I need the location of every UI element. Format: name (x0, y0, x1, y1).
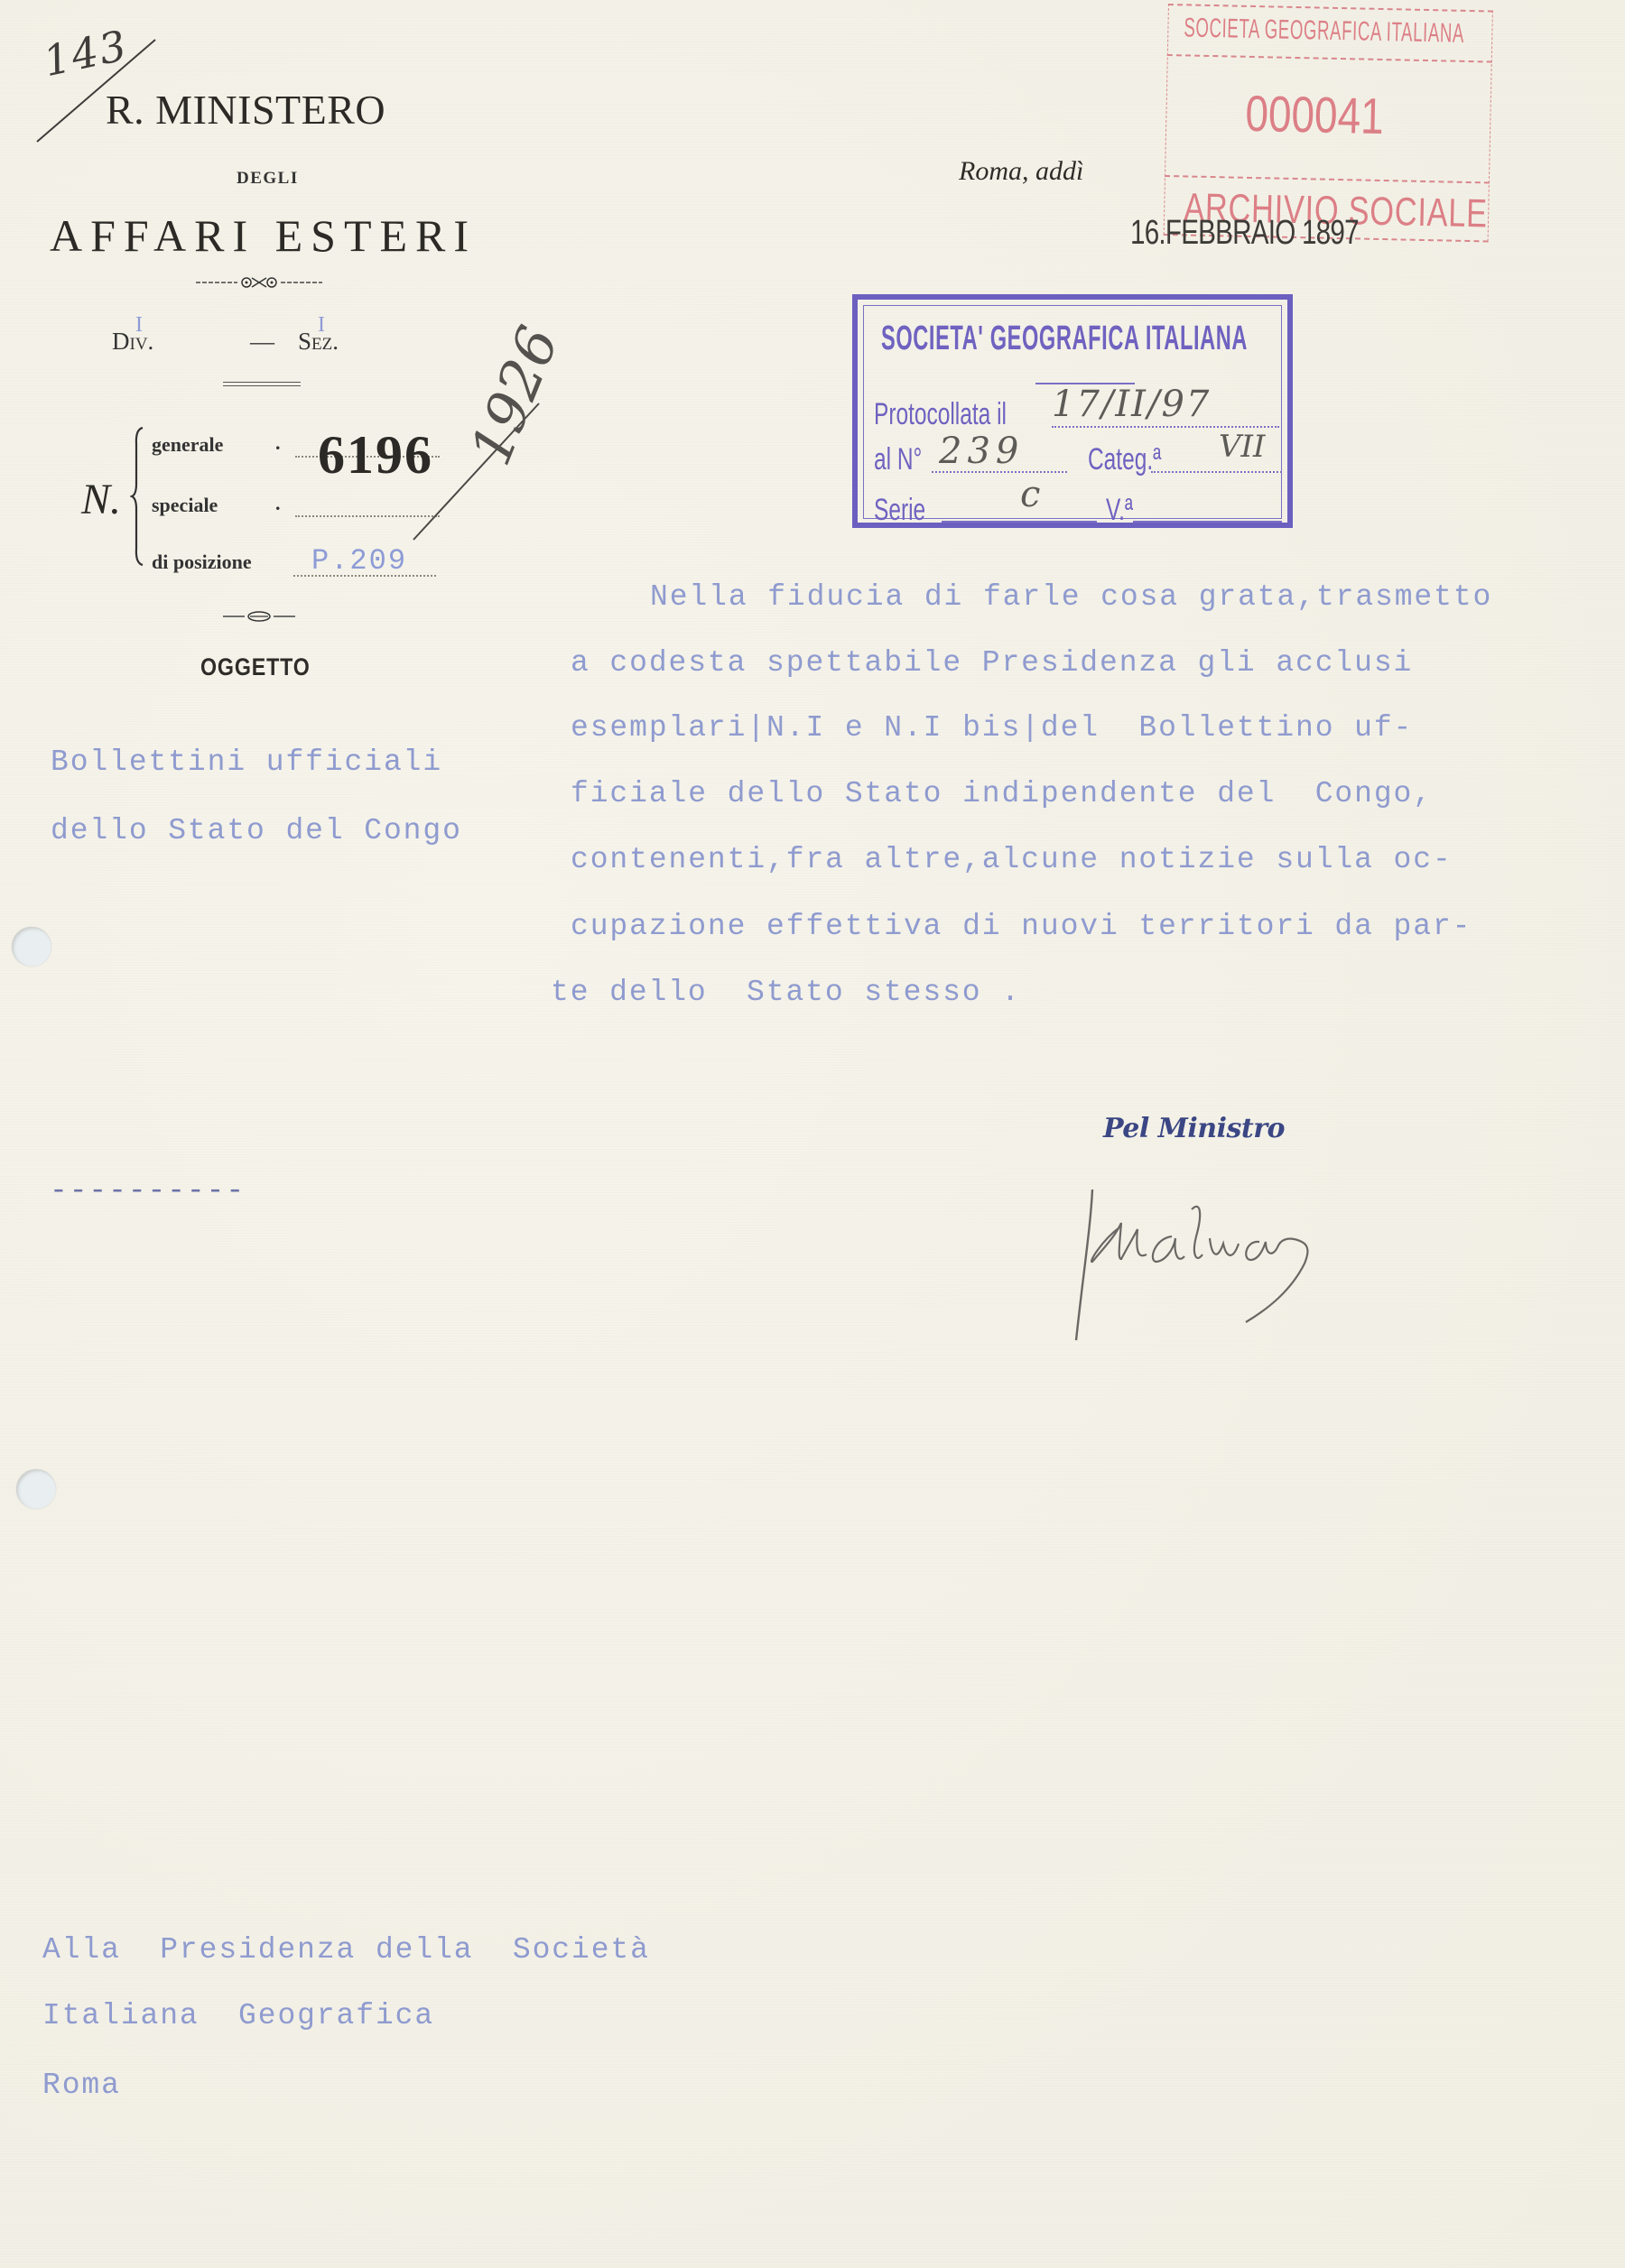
addressee-line-3: Roma (42, 2070, 121, 2100)
stamp-serie-label: Serie (874, 495, 925, 525)
subject-line-2: dello Stato del Congo (51, 816, 462, 846)
punch-hole-bottom (16, 1469, 56, 1509)
oggetto-label: OGGETTO (200, 655, 311, 680)
archive-stamp-society: SOCIETA GEOGRAFICA ITALIANA (1184, 14, 1464, 47)
stamp-serie-line (942, 521, 1097, 523)
body-line-6: cupazione effettiva di nuovi territori d… (571, 912, 1472, 941)
pel-ministro: Pel Ministro (1103, 1115, 1285, 1143)
signature-malvano: Malvano (1065, 1173, 1354, 1354)
stamp-numero-value: 239 (939, 433, 1024, 469)
date-stamp: 16.FEBBRAIO 1897 (1130, 216, 1359, 250)
stamp-title: SOCIETA' GEOGRAFICA ITALIANA (881, 321, 1248, 356)
body-line-1: Nella fiducia di farle cosa grata,trasme… (650, 582, 1492, 612)
body-line-5: contenenti,fra altre,alcune notizie sull… (571, 845, 1453, 875)
addressee-line-1: Alla Presidenza della Società (42, 1935, 650, 1965)
protocol-slash (0, 0, 632, 632)
separator-dashes: ---------- (50, 1176, 246, 1206)
body-line-7: te dello Stato stesso . (551, 977, 1021, 1007)
stamp-protocollata-label: Protocollata il (874, 399, 1007, 430)
body-line-3: esemplari|N.I e N.I bis|del Bollettino u… (571, 713, 1413, 743)
stamp-categ-value: VII (1219, 431, 1265, 462)
stamp-categ-label: Categ.ª (1088, 444, 1161, 475)
subject-line-1: Bollettini ufficiali (51, 747, 442, 777)
body-line-4: ficiale dello Stato indipendente del Con… (571, 779, 1433, 809)
addressee-line-2: Italiana Geografica (42, 2001, 434, 2031)
stamp-numero-label: al N° (874, 444, 922, 475)
stamp-serie-value: c (1020, 477, 1040, 513)
archive-stamp-number: 000041 (1245, 88, 1384, 142)
stamp-categ-line (1151, 471, 1282, 473)
punch-hole-top (12, 927, 51, 967)
place-label: Roma, addì (959, 158, 1083, 185)
stamp-protocollata-line (1052, 426, 1279, 428)
society-protocol-stamp: SOCIETA' GEOGRAFICA ITALIANA Protocollat… (852, 294, 1293, 528)
body-line-2: a codesta spettabile Presidenza gli accl… (571, 648, 1413, 678)
archive-stamp: SOCIETA GEOGRAFICA ITALIANA 000041 ARCHI… (1164, 4, 1493, 241)
ornament-small-icon (223, 610, 295, 623)
stamp-vt-label: V.ª (1106, 495, 1133, 525)
stamp-protocollata-value: 17/II/97 (1052, 386, 1211, 422)
stamp-vt-line (1133, 521, 1282, 523)
